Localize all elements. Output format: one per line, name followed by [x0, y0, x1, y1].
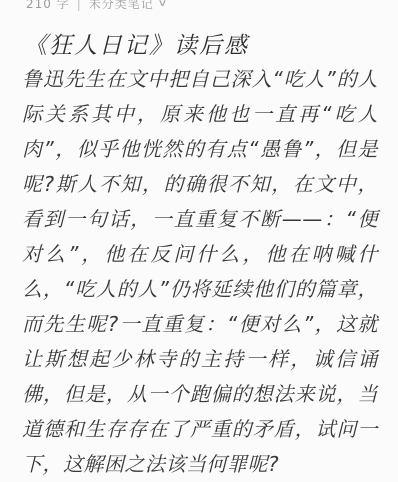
separator: |: [77, 0, 82, 12]
note-page: 210 字 | 未分类笔记 ∨ 《狂人日记》读后感 鲁迅先生在文中把自己深入“吃…: [0, 0, 398, 482]
word-count: 210 字: [26, 0, 70, 12]
note-body[interactable]: 鲁迅先生在文中把自己深入“吃人”的人际关系其中，原来他也一直再“吃人肉”，似乎他…: [22, 62, 378, 482]
note-title[interactable]: 《狂人日记》读后感: [24, 32, 378, 60]
notebook-selector[interactable]: 未分类笔记 ∨: [89, 0, 167, 12]
chevron-down-icon: ∨: [157, 0, 169, 12]
note-meta-bar: 210 字 | 未分类笔记 ∨: [26, 0, 167, 12]
notebook-label: 未分类笔记: [89, 0, 154, 12]
